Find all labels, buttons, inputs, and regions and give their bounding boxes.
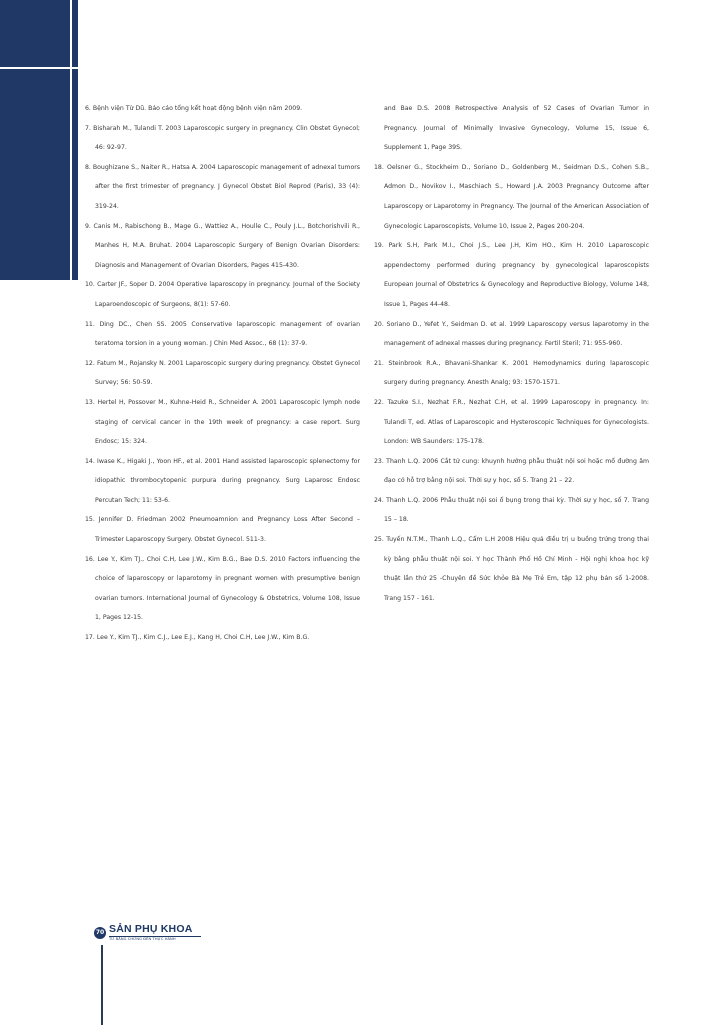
reference-item: 25. Tuyến N.T.M., Thanh L.Q., Cẩm L.H 20… bbox=[374, 530, 649, 608]
reference-item: 15. Jennifer D. Friedman 2002 Pneumoamni… bbox=[85, 510, 360, 549]
reference-item: 7. Bisharah M., Tulandi T. 2003 Laparosc… bbox=[85, 119, 360, 158]
reference-item: 21. Steinbrook R.A., Bhavani-Shankar K. … bbox=[374, 354, 649, 393]
references-column-left: 6. Bệnh viện Từ Dũ. Báo cáo tổng kết hoạ… bbox=[85, 99, 360, 648]
reference-item: 8. Boughizane S., Naiter R., Hatsa A. 20… bbox=[85, 158, 360, 217]
reference-item: 18. Oelsner G., Stockheim D., Soriano D.… bbox=[374, 158, 649, 236]
reference-item: 12. Fatum M., Rojansky N. 2001 Laparosco… bbox=[85, 354, 360, 393]
reference-item: 6. Bệnh viện Từ Dũ. Báo cáo tổng kết hoạ… bbox=[85, 99, 360, 119]
reference-item: 22. Tazuke S.I., Nezhat F.R., Nezhat C.H… bbox=[374, 393, 649, 452]
brand-subtitle: TỪ BẰNG CHỨNG ĐẾN THỰC HÀNH bbox=[109, 937, 201, 942]
reference-item: 24. Thanh L.Q. 2006 Phẫu thuật nội soi ổ… bbox=[374, 491, 649, 530]
reference-item: 17. Lee Y., Kim TJ., Kim C.J., Lee E.J.,… bbox=[85, 628, 360, 648]
references-column-right: and Bae D.S. 2008 Retrospective Analysis… bbox=[374, 99, 649, 608]
reference-item: 23. Thanh L.Q. 2006 Cắt tử cung: khuynh … bbox=[374, 452, 649, 491]
reference-item: 19. Park S.H, Park M.I., Choi J.S., Lee … bbox=[374, 236, 649, 314]
reference-item: 11. Ding DC., Chen SS. 2005 Conservative… bbox=[85, 315, 360, 354]
journal-logo: 70 SẢN PHỤ KHOA TỪ BẰNG CHỨNG ĐẾN THỰC H… bbox=[94, 924, 201, 942]
corner-divider-vertical bbox=[70, 0, 72, 280]
reference-item: 9. Canis M., Rabischong B., Mage G., Wat… bbox=[85, 217, 360, 276]
reference-item: 13. Hertel H, Possover M., Kuhne-Heid R.… bbox=[85, 393, 360, 452]
reference-item: 20. Soriano D., Yefet Y., Seidman D. et … bbox=[374, 315, 649, 354]
brand-title: SẢN PHỤ KHOA bbox=[109, 924, 201, 935]
reference-item: 14. Iwase K., Higaki J., Yoon HF., et al… bbox=[85, 452, 360, 511]
footer-divider-line bbox=[101, 945, 103, 1025]
page-number-badge: 70 bbox=[94, 927, 106, 939]
corner-decoration-block bbox=[0, 0, 78, 280]
corner-divider-horizontal bbox=[0, 67, 78, 69]
reference-item: 10. Carter JF., Soper D. 2004 Operative … bbox=[85, 275, 360, 314]
brand: SẢN PHỤ KHOA TỪ BẰNG CHỨNG ĐẾN THỰC HÀNH bbox=[109, 924, 201, 942]
reference-continuation: and Bae D.S. 2008 Retrospective Analysis… bbox=[374, 99, 649, 158]
reference-item: 16. Lee Y., Kim TJ., Choi C.H, Lee J.W.,… bbox=[85, 550, 360, 628]
